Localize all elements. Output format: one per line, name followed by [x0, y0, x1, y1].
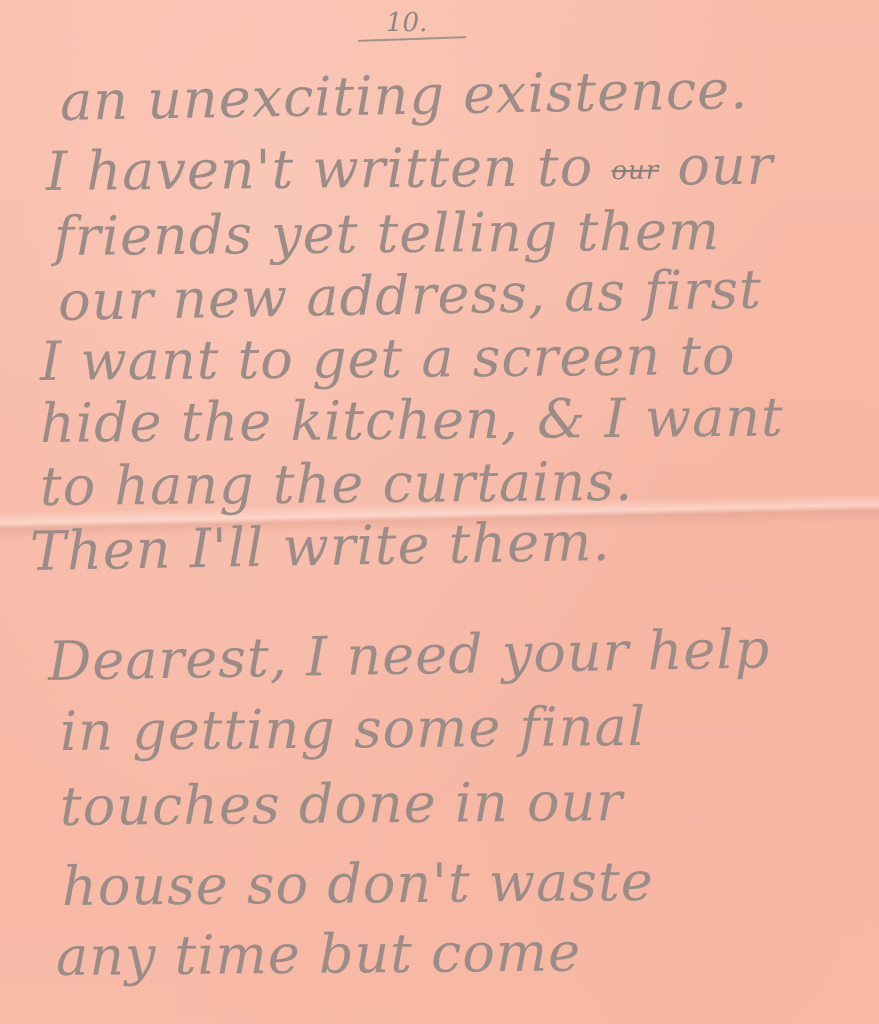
letter-line-10: in getting some final [60, 695, 647, 763]
line-text: Then I'll write them. [29, 510, 611, 583]
line-text: friends yet telling them [54, 199, 721, 268]
line-text: house so don't waste [62, 850, 654, 918]
line-text: our new address, as first [57, 258, 762, 333]
struck-out-word: our [611, 156, 659, 186]
line-text: I want to get a screen to [40, 324, 736, 393]
letter-line-4: our new address, as first [57, 258, 762, 333]
line-text: any time but come [56, 920, 582, 988]
line-text: to hang the curtains. [40, 450, 634, 518]
letter-line-3: friends yet telling them [54, 199, 721, 268]
line-text: an unexciting existence. [59, 58, 748, 133]
page-number: 10. [380, 8, 433, 40]
letter-line-1: an unexciting existence. [59, 58, 748, 133]
letter-line-6: hide the kitchen, & I want [40, 386, 784, 455]
letter-line-2: I haven't written to our our [46, 134, 774, 203]
letter-page: 10. an unexciting existence. I haven't w… [0, 0, 879, 1024]
letter-line-8: Then I'll write them. [29, 510, 611, 583]
line-text: Dearest, I need your help [47, 617, 770, 693]
page-number-underline [358, 36, 466, 42]
line-text: in getting some final [60, 695, 647, 763]
line-text: touches done in our [60, 770, 624, 838]
letter-line-11: touches done in our [60, 770, 624, 838]
line-text: I haven't written to [46, 135, 594, 203]
letter-line-5: I want to get a screen to [40, 324, 736, 393]
letter-line-12: house so don't waste [62, 850, 654, 918]
letter-line-7: to hang the curtains. [40, 450, 634, 518]
letter-line-9: Dearest, I need your help [47, 617, 770, 693]
line-text: hide the kitchen, & I want [40, 386, 784, 455]
letter-line-13: any time but come [56, 920, 582, 988]
line-text-continued: our [677, 134, 774, 198]
